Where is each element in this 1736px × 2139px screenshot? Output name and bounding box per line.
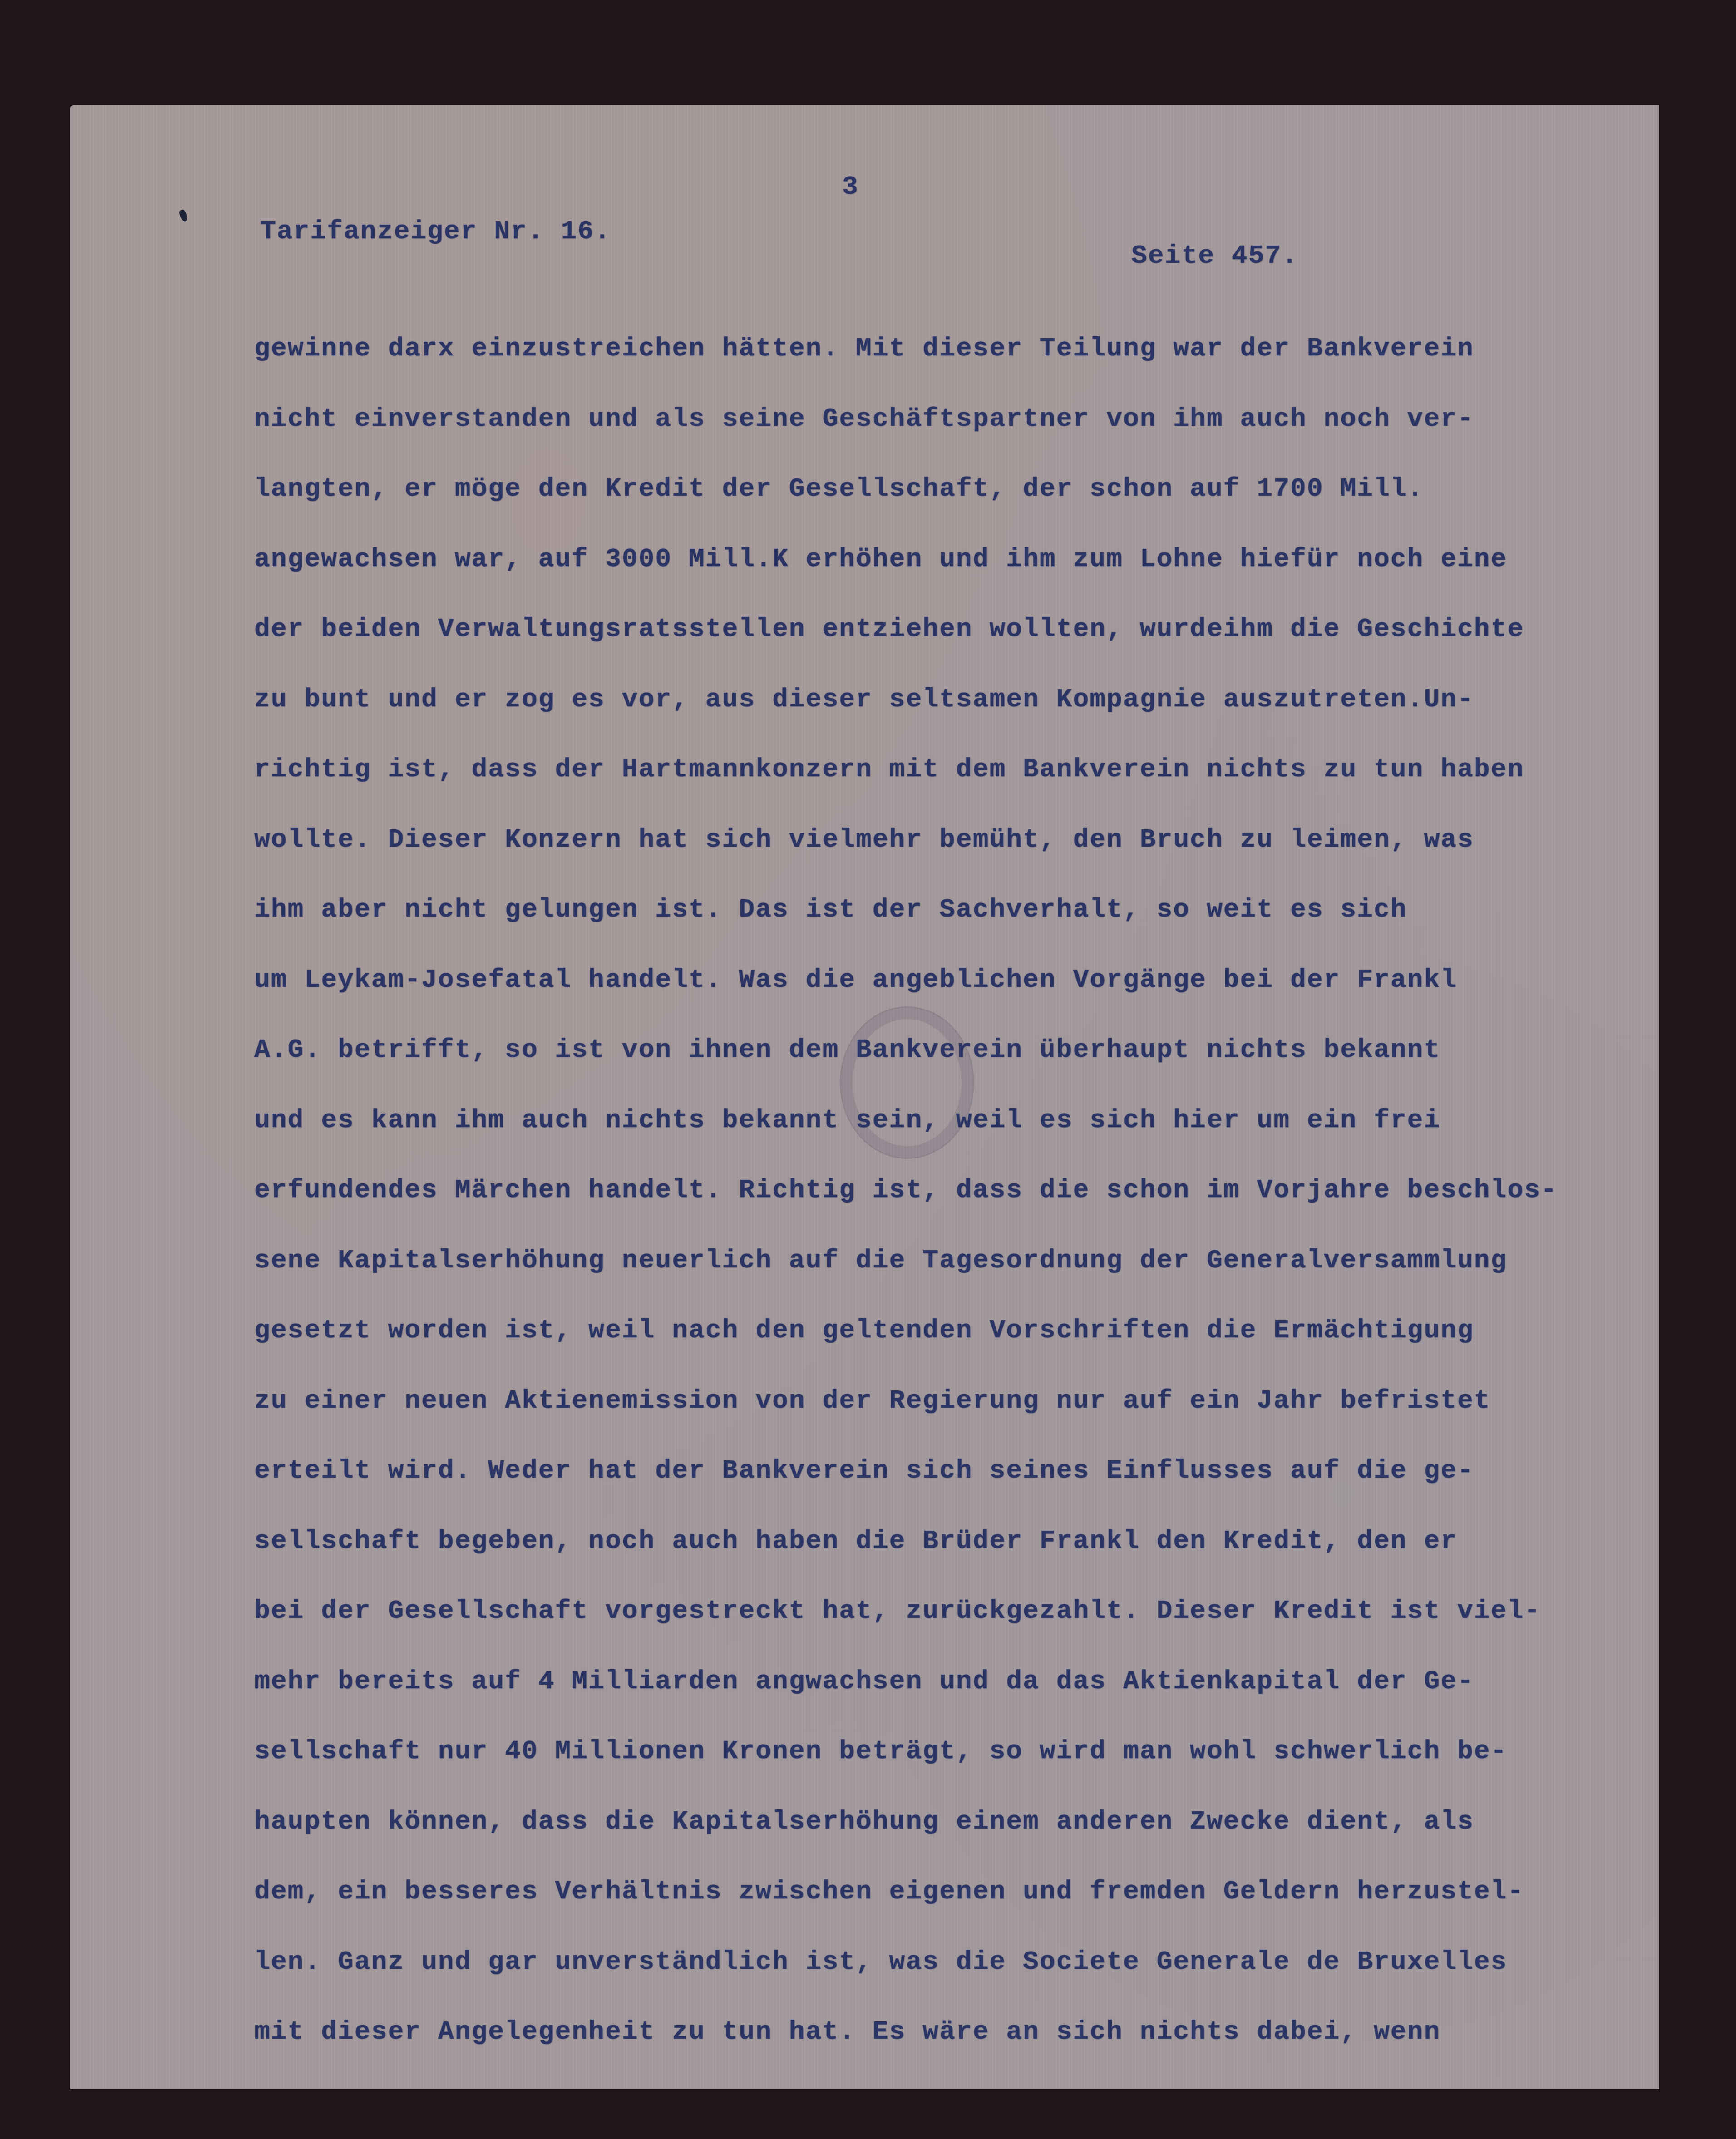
text-line: gewinne darx einzustreichen hätten. Mit … — [254, 314, 1639, 384]
ink-blot-mark — [178, 209, 188, 222]
text-line: sellschaft begeben, noch auch haben die … — [254, 1507, 1639, 1577]
text-line: langten, er möge den Kredit der Gesellsc… — [254, 454, 1639, 525]
text-line: sene Kapitalserhöhung neuerlich auf die … — [254, 1226, 1639, 1296]
text-line: der beiden Verwaltungsratsstellen entzie… — [254, 595, 1639, 665]
text-line: zu einer neuen Aktienemission von der Re… — [254, 1366, 1639, 1437]
text-line: erfundendes Märchen handelt. Richtig ist… — [254, 1156, 1639, 1226]
document-page: 3 Tarifanzeiger Nr. 16. Seite 457. gewin… — [70, 105, 1659, 2089]
text-line: und es kann ihm auch nichts bekannt sein… — [254, 1086, 1639, 1156]
text-line: nicht einverstanden und als seine Geschä… — [254, 384, 1639, 455]
text-line: len. Ganz und gar unverständlich ist, wa… — [254, 1927, 1639, 1998]
text-line: sellschaft nur 40 Millionen Kronen beträ… — [254, 1717, 1639, 1787]
text-line: zu bunt und er zog es vor, aus dieser se… — [254, 665, 1639, 735]
text-line: ihm aber nicht gelungen ist. Das ist der… — [254, 875, 1639, 946]
text-line: haupten können, dass die Kapitalserhöhun… — [254, 1787, 1639, 1858]
text-line: angewachsen war, auf 3000 Mill.K erhöhen… — [254, 525, 1639, 595]
text-line: A.G. betrifft, so ist von ihnen dem Bank… — [254, 1015, 1639, 1086]
text-line: dem, ein besseres Verhältnis zwischen ei… — [254, 1857, 1639, 1927]
page-reference: Seite 457. — [1131, 241, 1298, 271]
text-line: um Leykam-Josefatal handelt. Was die ang… — [254, 946, 1639, 1016]
text-line: erteilt wird. Weder hat der Bankverein s… — [254, 1436, 1639, 1507]
text-line: wollte. Dieser Konzern hat sich vielmehr… — [254, 805, 1639, 876]
typewritten-body: gewinne darx einzustreichen hätten. Mit … — [254, 314, 1639, 2068]
text-line: bei der Gesellschaft vorgestreckt hat, z… — [254, 1577, 1639, 1647]
text-line: gesetzt worden ist, weil nach den gelten… — [254, 1296, 1639, 1366]
text-line: richtig ist, dass der Hartmannkonzern mi… — [254, 735, 1639, 805]
publication-title: Tarifanzeiger Nr. 16. — [260, 217, 611, 246]
text-line: mit dieser Angelegenheit zu tun hat. Es … — [254, 1997, 1639, 2068]
page-number: 3 — [842, 172, 859, 202]
text-line: mehr bereits auf 4 Milliarden angwachsen… — [254, 1647, 1639, 1717]
